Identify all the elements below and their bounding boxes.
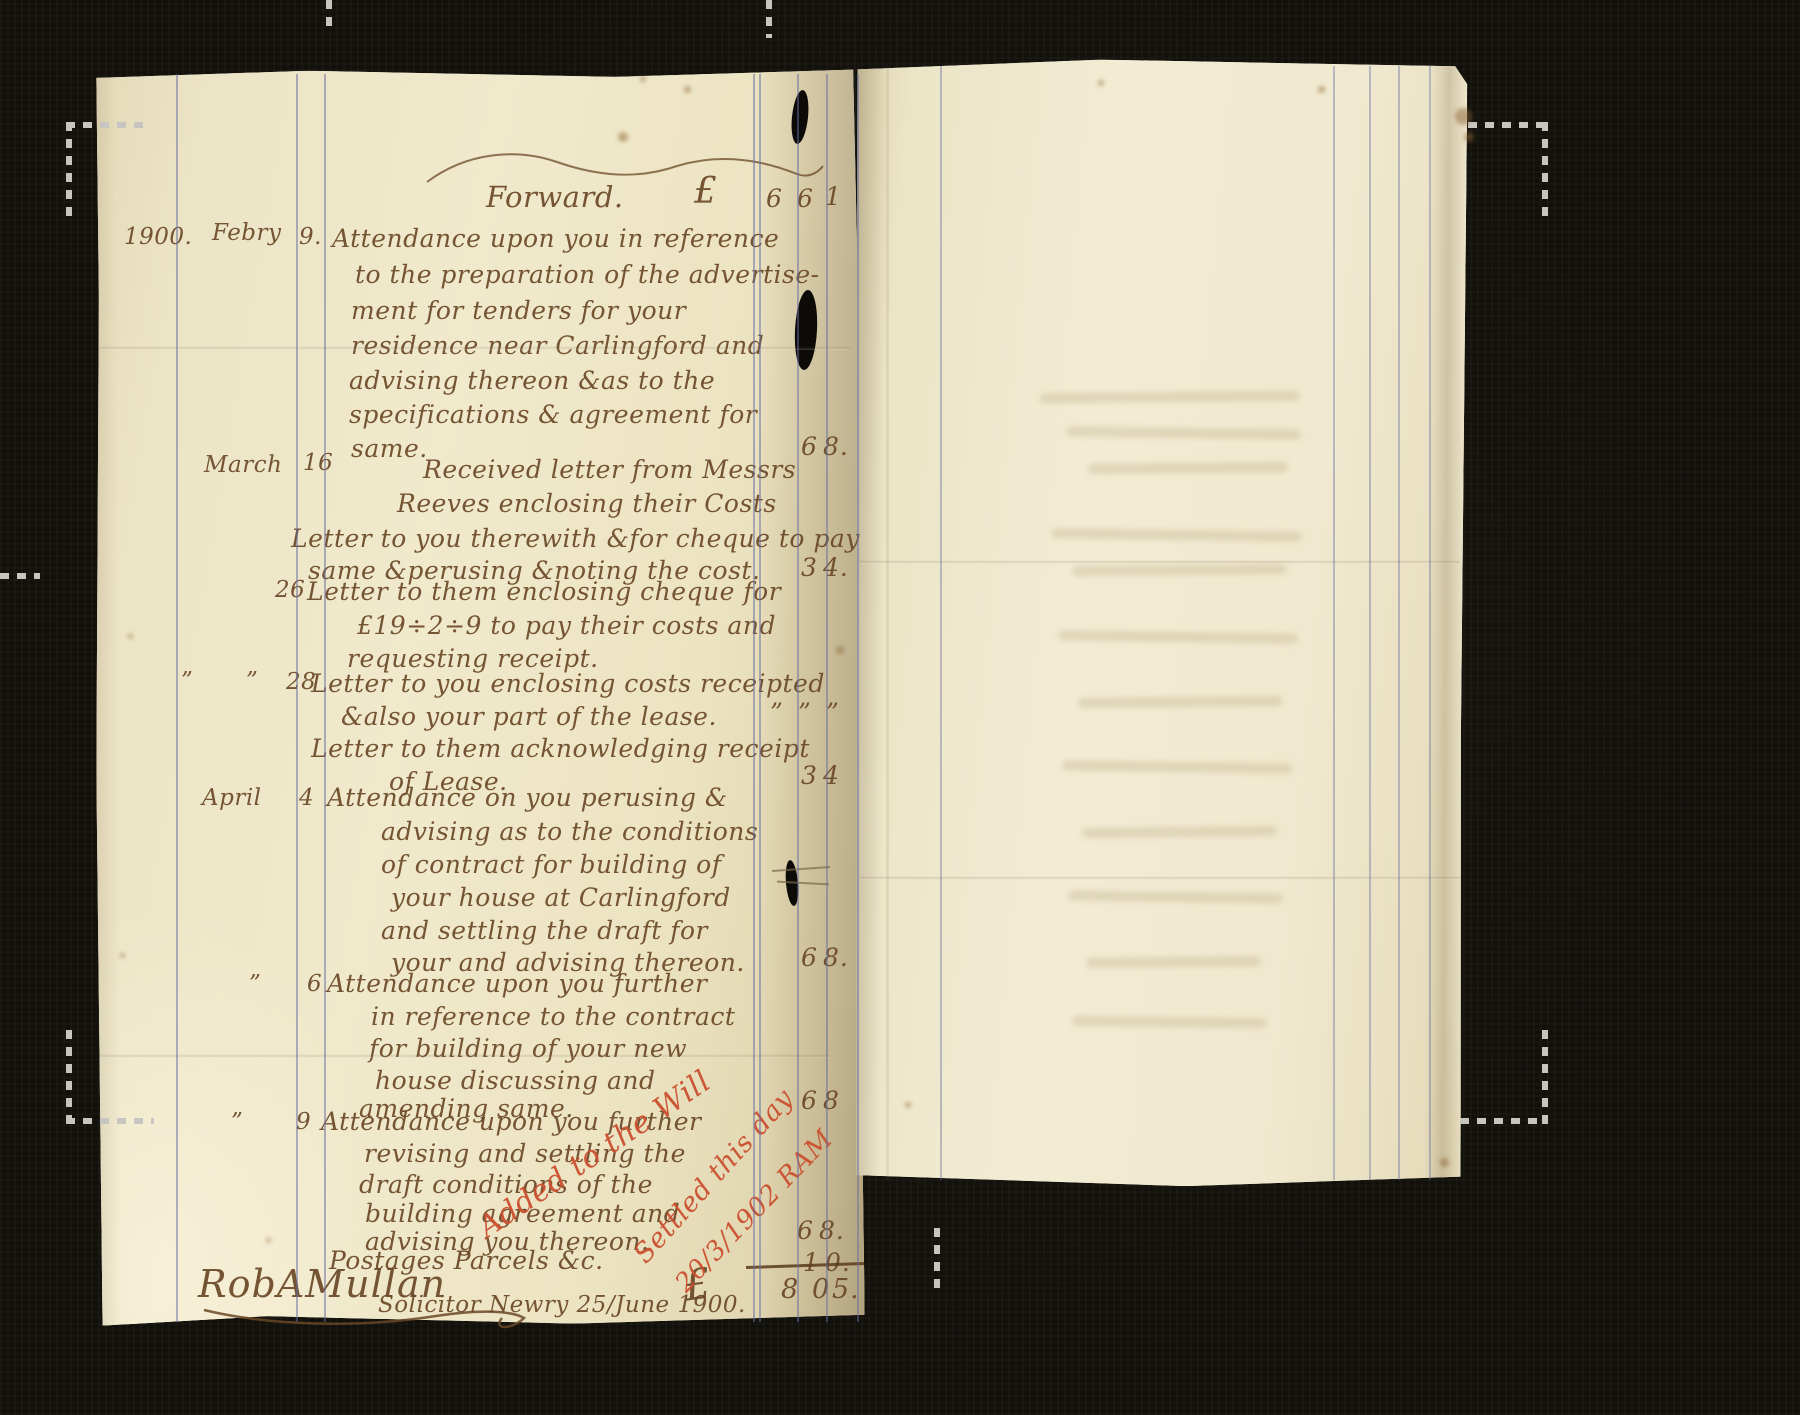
fold-crease	[100, 346, 850, 350]
amount-ditto: ”	[798, 698, 812, 728]
ink-show-through	[1088, 462, 1288, 474]
amount-ditto: ”	[770, 698, 784, 728]
bill-line: Received letter from Messrs	[423, 455, 796, 485]
registration-mark	[66, 122, 146, 128]
currency-symbol: £	[694, 170, 717, 213]
ruled-line	[296, 74, 298, 1322]
ditto-mark: ”	[181, 668, 193, 696]
foxing-spot	[1455, 108, 1472, 125]
amount-shillings: 3	[801, 553, 818, 583]
amount-ditto: ”	[826, 698, 840, 728]
foxing-spot	[1464, 132, 1474, 142]
entry-year: 1900.	[124, 224, 192, 252]
registration-mark	[0, 573, 40, 579]
bill-line: Letter to them enclosing cheque for	[307, 577, 781, 607]
ruled-line	[324, 74, 326, 1322]
forward-pounds: 6	[766, 184, 783, 214]
ruled-line	[940, 66, 942, 1180]
signature-title-line: Solicitor Newry 25/June 1900.	[378, 1292, 746, 1320]
bill-line: Attendance upon you in reference	[332, 224, 779, 254]
bill-line: same.	[351, 434, 428, 464]
registration-mark	[1468, 122, 1548, 128]
entry-day: 26	[275, 577, 305, 605]
ruled-line	[1429, 66, 1431, 1180]
bill-line: of contract for building of	[381, 850, 721, 880]
ruled-line	[176, 74, 178, 1322]
amount-shillings: 6	[801, 432, 818, 462]
foxing-spot	[836, 646, 844, 654]
entry-day: 9.	[299, 224, 322, 252]
ruled-line	[753, 74, 755, 1322]
foxing-spot	[640, 76, 646, 82]
pen-flourish	[425, 146, 825, 190]
foxing-spot	[905, 1102, 911, 1108]
bill-line: advising thereon &as to the	[349, 366, 715, 396]
bill-line: Letter to them acknowledging receipt	[311, 734, 810, 764]
registration-mark	[1542, 122, 1548, 216]
entry-day: 9	[296, 1109, 311, 1137]
registration-mark	[934, 1228, 940, 1294]
bill-line: specifications & agreement for	[349, 400, 757, 430]
photograph-of-document: Forward. £ 6 6 1 1900. Febry 9. Attendan…	[0, 0, 1800, 1415]
entry-day: 6	[307, 971, 322, 999]
forward-label: Forward.	[486, 180, 624, 215]
amount-shillings: 3	[801, 761, 818, 791]
foxing-spot	[618, 132, 628, 142]
registration-mark	[766, 0, 772, 38]
ruled-line	[826, 74, 828, 1322]
fold-crease	[886, 66, 889, 1180]
amount-shillings: 6	[801, 943, 818, 973]
bill-line: ment for tenders for your	[351, 296, 686, 326]
ditto-mark: ”	[249, 971, 261, 999]
bill-line: your house at Carlingford	[391, 883, 731, 913]
bill-line: &also your part of the lease.	[341, 702, 717, 732]
bill-line: Attendance upon you further	[327, 969, 707, 999]
forward-shillings: 6	[797, 184, 814, 214]
foxing-spot	[128, 634, 133, 639]
amount-pence: 8.	[819, 1216, 845, 1246]
foxing-spot	[684, 86, 691, 93]
ruled-line	[1369, 66, 1371, 1180]
bill-line: £19÷2÷9 to pay their costs and	[357, 611, 776, 641]
registration-mark	[1542, 1030, 1548, 1124]
amount-shillings: 6	[797, 1216, 814, 1246]
ink-show-through	[1082, 826, 1277, 838]
ditto-mark: ”	[231, 1109, 243, 1137]
foxing-spot	[1318, 86, 1325, 93]
ditto-mark: ”	[246, 668, 258, 696]
registration-mark	[326, 0, 332, 30]
bill-line: and settling the draft for	[381, 916, 708, 946]
registration-mark	[66, 1030, 72, 1124]
forward-pence: 1	[825, 182, 842, 212]
bill-line: to the preparation of the advertise-	[355, 260, 820, 290]
foxing-spot	[1440, 1158, 1449, 1167]
bill-line: Letter to you enclosing costs receipted	[311, 669, 825, 699]
entry-month: March	[204, 452, 282, 480]
bill-line: advising as to the conditions	[381, 817, 758, 847]
foxing-spot	[1098, 80, 1104, 86]
ruled-line	[759, 74, 761, 1322]
registration-mark	[66, 122, 72, 216]
entry-day: 16	[303, 450, 333, 478]
entry-month: Febry	[212, 220, 282, 248]
bill-line: house discussing and	[375, 1066, 655, 1096]
bill-line: Attendance on you perusing &	[327, 783, 728, 813]
ruled-line	[797, 74, 799, 1322]
registration-mark	[1460, 1118, 1548, 1124]
ruled-line	[1333, 66, 1335, 1180]
bill-line: for building of your new	[369, 1034, 687, 1064]
bill-line: Reeves enclosing their Costs	[397, 489, 777, 519]
registration-mark	[66, 1118, 154, 1124]
ink-show-through	[1086, 956, 1261, 968]
bill-line: Letter to you therewith &for cheque to p…	[291, 524, 860, 554]
amount-shillings: 6	[801, 1086, 818, 1116]
entry-month: April	[202, 785, 262, 813]
foxing-spot	[120, 953, 125, 958]
bill-line: in reference to the contract	[371, 1002, 735, 1032]
ruled-line	[1398, 66, 1400, 1180]
ruled-line	[857, 74, 859, 1322]
foxing-spot	[266, 1238, 271, 1243]
total-pence: 5.	[832, 1274, 860, 1306]
entry-day: 4	[299, 785, 314, 813]
fold-crease	[100, 1054, 830, 1058]
